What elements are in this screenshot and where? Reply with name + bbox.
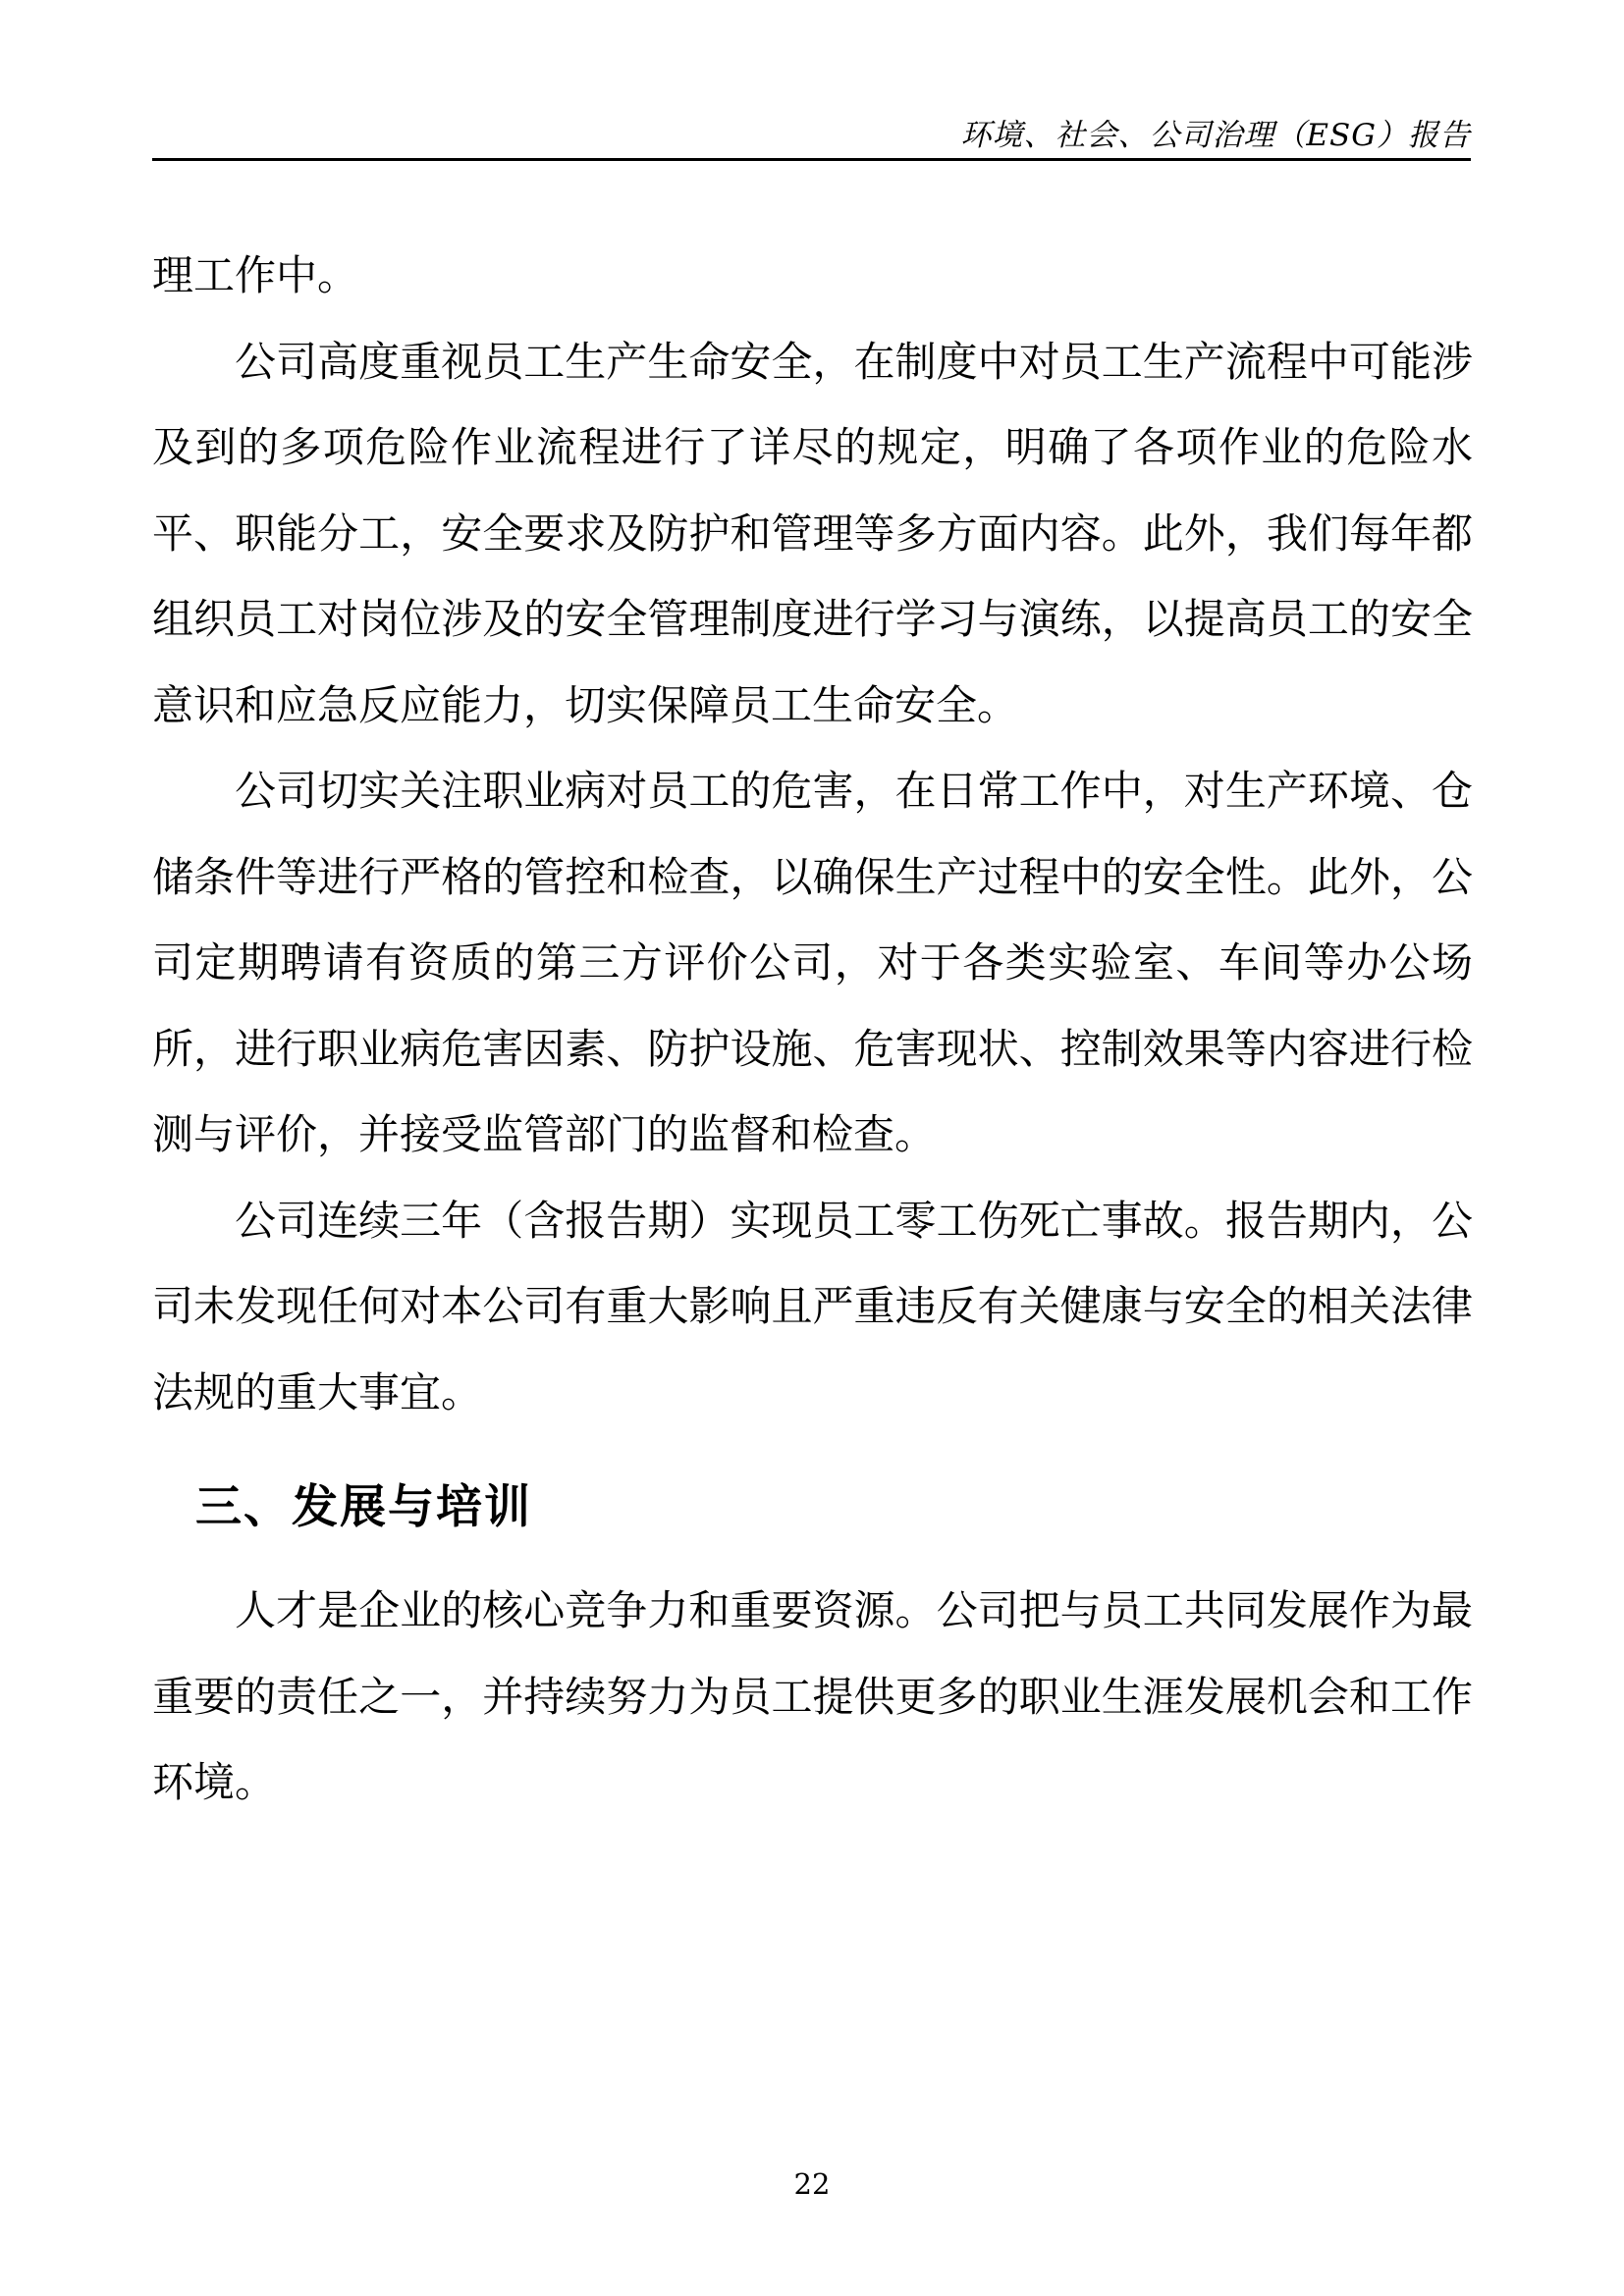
- paragraph-zero-accident: 公司连续三年（含报告期）实现员工零工伤死亡事故。报告期内，公司未发现任何对本公司…: [152, 1178, 1473, 1436]
- page-header: 环境、社会、公司治理（ESG）报告: [152, 110, 1471, 161]
- paragraph-talent-development: 人才是企业的核心竞争力和重要资源。公司把与员工共同发展作为最重要的责任之一，并持…: [152, 1568, 1473, 1826]
- header-title: 环境、社会、公司治理（ESG）报告: [960, 118, 1471, 153]
- paragraph-continuation: 理工作中。: [152, 233, 1473, 319]
- paragraph-production-safety: 公司高度重视员工生产生命安全，在制度中对员工生产流程中可能涉及到的多项危险作业流…: [152, 319, 1473, 749]
- document-page: 环境、社会、公司治理（ESG）报告 理工作中。 公司高度重视员工生产生命安全，在…: [0, 0, 1624, 2296]
- page-number: 22: [794, 2167, 831, 2201]
- paragraph-occupational-disease: 公司切实关注职业病对员工的危害，在日常工作中，对生产环境、仓储条件等进行严格的管…: [152, 748, 1473, 1178]
- document-content: 理工作中。 公司高度重视员工生产生命安全，在制度中对员工生产流程中可能涉及到的多…: [152, 233, 1473, 1826]
- section-heading: 三、发展与培训: [195, 1480, 1473, 1535]
- page-footer: 22: [0, 2167, 1624, 2201]
